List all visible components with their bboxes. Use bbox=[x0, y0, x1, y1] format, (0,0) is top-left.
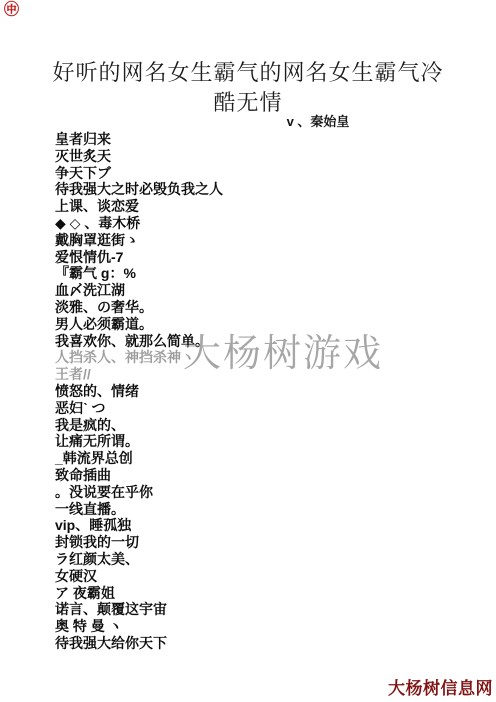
nickname-item: 戴胸罩逛街ゝ bbox=[55, 232, 496, 249]
nickname-item: 一线直播。 bbox=[55, 501, 496, 518]
page-title-line1: 好听的网名女生霸气的网名女生霸气冷 bbox=[52, 60, 443, 85]
nickname-item: 男人必须霸道。 bbox=[55, 316, 496, 333]
nickname-item: 致命插曲 bbox=[55, 467, 496, 484]
nickname-item: 上课、谈恋爱 bbox=[55, 198, 496, 215]
nickname-item: 淡雅、の奢华。 bbox=[55, 299, 496, 316]
nickname-item: ア 夜霸姐 bbox=[55, 585, 496, 602]
nickname-item: 我是疯的、 bbox=[55, 417, 496, 434]
nickname-item: 诺言、颠覆这宇宙 bbox=[55, 601, 496, 618]
nickname-item: vip、睡孤独 bbox=[55, 517, 496, 534]
nickname-item: 皇者归来 bbox=[55, 131, 496, 148]
nickname-item: 愤怒的、情绪 bbox=[55, 383, 496, 400]
nickname-list: 皇者归来灭世炙天争天下ブ待我强大之时必毁负我之人上课、谈恋爱◆ ◇ 、毒木桥戴胸… bbox=[55, 131, 496, 652]
nickname-item: 恶妇ˋ つ bbox=[55, 400, 496, 417]
nickname-item: 让痛无所谓。 bbox=[55, 433, 496, 450]
page-title-line2: 酷无情 bbox=[213, 90, 282, 115]
nickname-item: 爱恨情仇-7 bbox=[55, 249, 496, 266]
nickname-item: 王者// bbox=[55, 366, 496, 383]
site-brand-footer: 大杨树信息网 bbox=[388, 679, 493, 699]
nickname-item: 血〆洗江湖 bbox=[55, 282, 496, 299]
nickname-item: _韩流界总创 bbox=[55, 450, 496, 467]
nickname-item: 『霸气 g：% bbox=[55, 265, 496, 282]
red-stamp-icon: ㊥ bbox=[4, 2, 19, 17]
nickname-item: 灭世炙天 bbox=[55, 148, 496, 165]
nickname-item: 人挡杀人、神挡杀神ヽ bbox=[55, 349, 496, 366]
page-title: 好听的网名女生霸气的网名女生霸气冷 酷无情 bbox=[30, 58, 466, 118]
nickname-item: 。没说要在乎你 bbox=[55, 484, 496, 501]
nickname-item: 争天下ブ bbox=[55, 165, 496, 182]
nickname-item: 待我强大给你天下 bbox=[55, 635, 496, 652]
nickname-item: 奥 特 曼 ヽ bbox=[55, 618, 496, 635]
nickname-item: 女硬汉 bbox=[55, 568, 496, 585]
nickname-item: 我喜欢你、就那么简单。 bbox=[55, 333, 496, 350]
nickname-item: 封锁我的一切 bbox=[55, 534, 496, 551]
nickname-item: ◆ ◇ 、毒木桥 bbox=[55, 215, 496, 232]
nickname-item: ラ红颜太美、 bbox=[55, 551, 496, 568]
nickname-item: 待我强大之时必毁负我之人 bbox=[55, 181, 496, 198]
